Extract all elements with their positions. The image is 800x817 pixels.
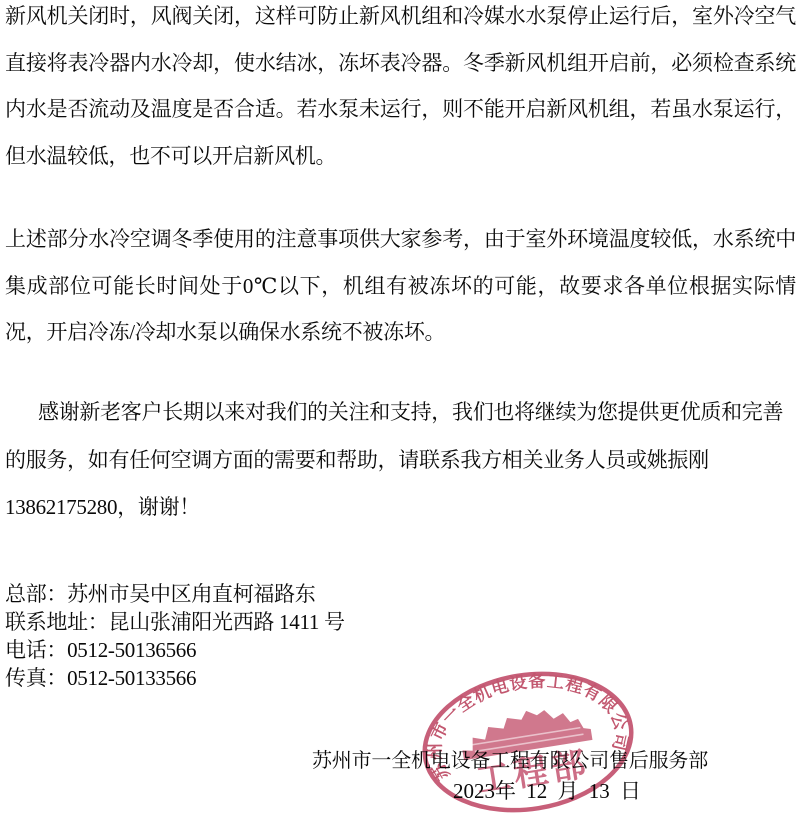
contact-line-headquarters: 总部：苏州市吴中区甪直柯福路东: [5, 580, 345, 608]
paragraph-2: 上述部分水冷空调冬季使用的注意事项供大家参考，由于室外环境温度较低，水系统中集成…: [5, 216, 796, 356]
document-page: 新风机关闭时，风阀关闭，这样可防止新风机组和冷媒水水泵停止运行后，室外冷空气直接…: [0, 0, 800, 817]
company-seal-stamp: 苏州市一全机电设备工程有限公司 工程部: [416, 664, 640, 816]
contact-line-fax: 传真：0512-50133566: [5, 664, 345, 692]
contact-line-address: 联系地址：昆山张浦阳光西路 1411 号: [5, 608, 345, 636]
contact-block: 总部：苏州市吴中区甪直柯福路东 联系地址：昆山张浦阳光西路 1411 号 电话：…: [5, 580, 345, 692]
paragraph-1: 新风机关闭时，风阀关闭，这样可防止新风机组和冷媒水水泵停止运行后，室外冷空气直接…: [5, 0, 796, 179]
contact-line-phone: 电话：0512-50136566: [5, 636, 345, 664]
paragraph-3: 感谢新老客户长期以来对我们的关注和支持，我们也将继续为您提供更优质和完善的服务，…: [5, 389, 796, 532]
